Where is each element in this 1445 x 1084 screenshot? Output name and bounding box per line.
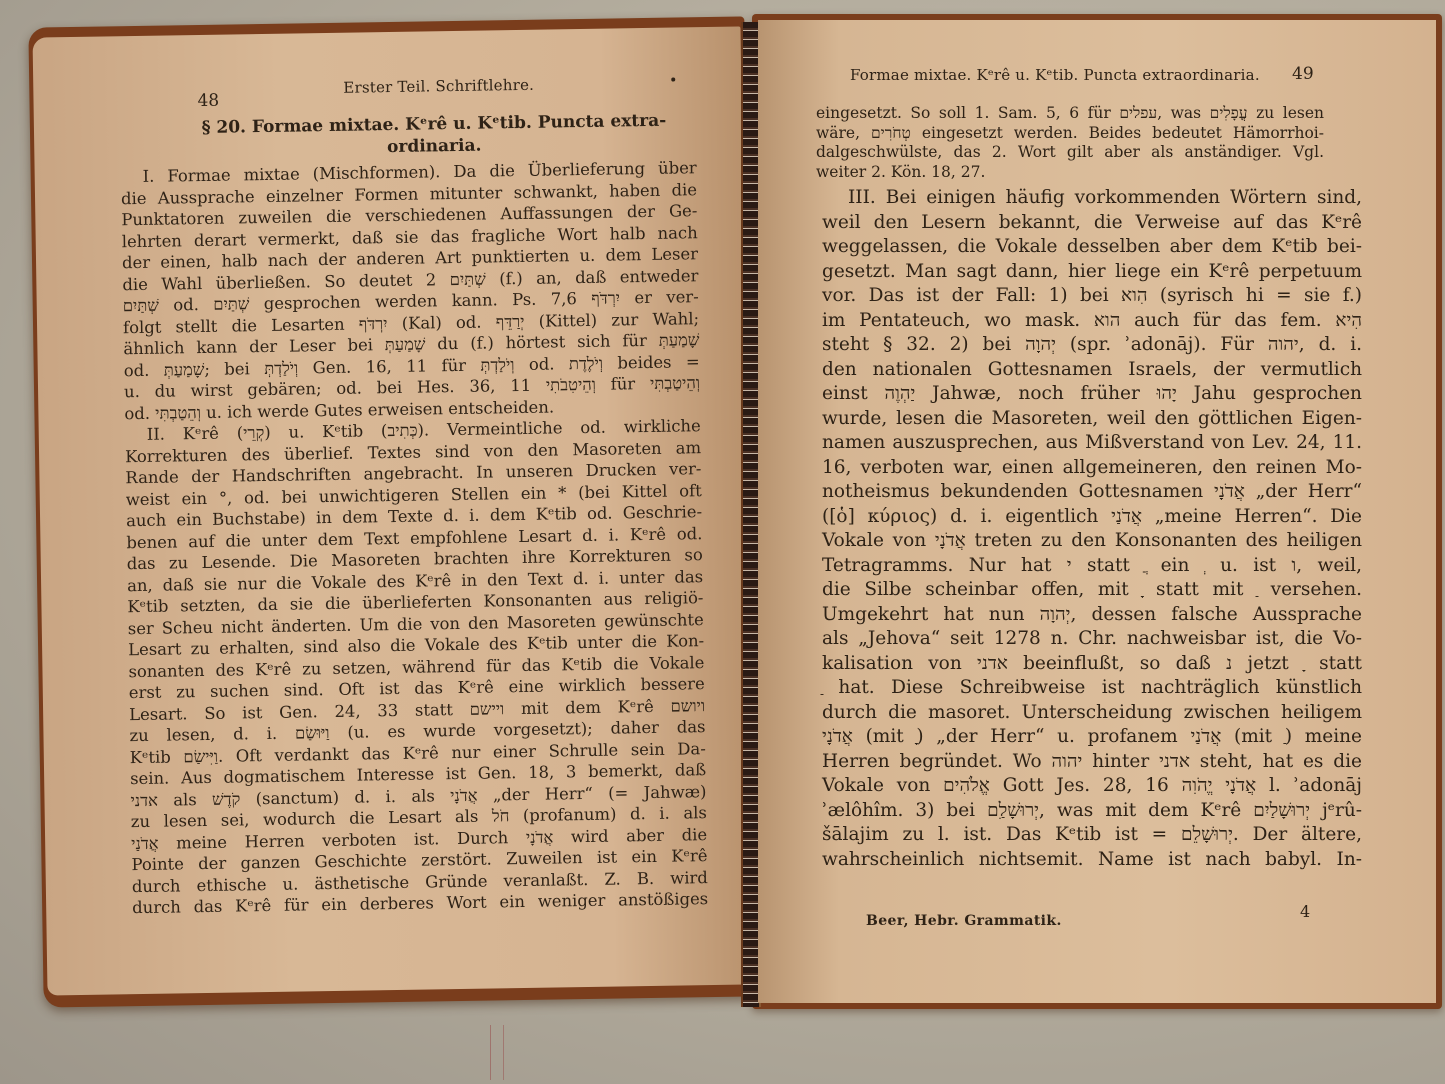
text-line: 16, verboten war, einen allgemeineren, d…: [822, 456, 1362, 481]
section-title: § 20. Formae mixtae. Kᵉrê u. Kᵉtib. Punc…: [174, 109, 695, 161]
text-line: wäre, טְחֹרִים eingesetzt werden. Beides…: [816, 124, 1324, 144]
text-line: Umgekehrt hat nun יְהוָה, dessen falsche…: [822, 603, 1362, 628]
text-line: III. Bei einigen häufig vorkommenden Wör…: [822, 186, 1362, 211]
text-line: gesetzt. Man sagt dann, hier liege ein K…: [822, 260, 1362, 285]
text-line: kalisation von אדני beeinflußt, so daß נ…: [822, 652, 1362, 677]
text-line: ʾælôhîm. 3) bei יְרוּשָׁלַ͏ִם, was mit d…: [822, 799, 1362, 824]
text-line: eingesetzt. So soll 1. Sam. 5, 6 für עפל…: [816, 104, 1324, 124]
text-line: weil den Lesern bekannt, die Verweise au…: [822, 211, 1362, 236]
running-head-right: Formae mixtae. Kᵉrê u. Kᵉtib. Puncta ext…: [850, 66, 1260, 84]
text-line: die Silbe scheinbar offen, mit ָ statt m…: [822, 578, 1362, 603]
right-page: Formae mixtae. Kᵉrê u. Kᵉtib. Puncta ext…: [758, 20, 1436, 1003]
left-body-text: I. Formae mixtae (Mischformen). Da die Ü…: [121, 157, 709, 918]
text-line: šālajim zu l. ist. Das Kᵉtib ist = יְרוּ…: [822, 823, 1362, 848]
left-page: 48 Erster Teil. Schriftlehre. § 20. Form…: [33, 26, 756, 995]
book-footer: Beer, Hebr. Grammatik.: [866, 913, 1062, 929]
text-line: weggelassen, die Vokale desselben aber d…: [822, 235, 1362, 260]
text-line: einst יַהְוֶה Jahwæ, noch früher יָהוּ J…: [822, 382, 1362, 407]
text-line: steht § 32. 2) bei יְהוָה (spr. ʾadonāj)…: [822, 333, 1362, 358]
pencil-marks: [490, 1025, 531, 1080]
text-line: vor. Das ist der Fall: 1) bei הִוא (syri…: [822, 284, 1362, 309]
page-number-right: 49: [1292, 64, 1314, 84]
text-line: ַ hat. Diese Schreibweise ist nachträgli…: [822, 676, 1362, 701]
right-continued-text: eingesetzt. So soll 1. Sam. 5, 6 für עפל…: [816, 104, 1324, 182]
text-line: Vokale von אֲדֹנָי treten zu den Konsona…: [822, 529, 1362, 554]
text-line: im Pentateuch, wo mask. הוא auch für das…: [822, 309, 1362, 334]
text-line: wurde, lesen die Masoreten, weil den göt…: [822, 407, 1362, 432]
text-line: אֲדֹנָי (mit ָ) „der Herr“ u. profanem א…: [822, 725, 1362, 750]
text-line: namen auszusprechen, aus Mißverstand von…: [822, 431, 1362, 456]
text-line: durch die masoret. Unterscheidung zwisch…: [822, 701, 1362, 726]
text-line: weiter 2. Kön. 18, 27.: [816, 163, 1324, 183]
right-body-text: III. Bei einigen häufig vorkommenden Wör…: [822, 186, 1362, 872]
text-line: notheismus bekundenden Gottesnamen אֲדֹנ…: [822, 480, 1362, 505]
text-line: wahrscheinlich nichtsemit. Name ist nach…: [822, 848, 1362, 873]
text-line: ([ὁ] κύριος) d. i. eigentlich אֲדֹנַי „m…: [822, 505, 1362, 530]
text-line: Vokale von אֱלֹהִים Gott Jes. 28, 16 אֲד…: [822, 774, 1362, 799]
page-number-left: 48: [197, 91, 219, 111]
printer-dot: [671, 78, 675, 82]
text-line: dalgeschwülste, das 2. Wort gilt aber al…: [816, 143, 1324, 163]
text-line: als „Jehova“ seit 1278 n. Chr. nachweisb…: [822, 627, 1362, 652]
text-line: Tetragramms. Nur hat י statt ֲ ein ְ u. …: [822, 554, 1362, 579]
text-line: den nationalen Gottesnamen Israels, der …: [822, 358, 1362, 383]
signature-mark: 4: [1300, 902, 1310, 921]
running-head-left: Erster Teil. Schriftlehre.: [343, 76, 534, 97]
text-line: Herren begründet. Wo יהוה hinter אדני st…: [822, 750, 1362, 775]
